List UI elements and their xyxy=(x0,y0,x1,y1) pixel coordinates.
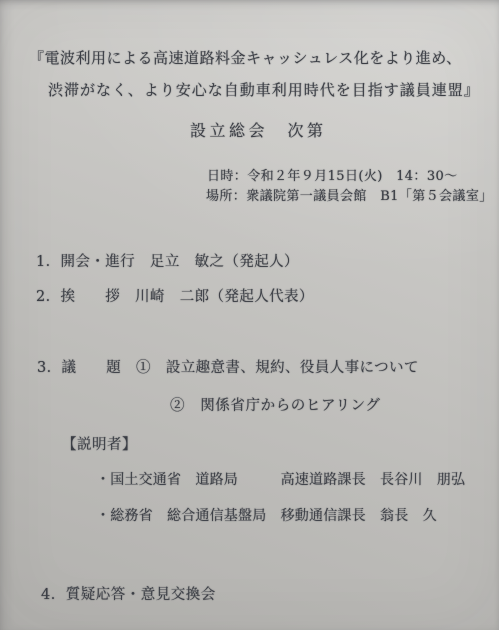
meeting-subtitle: 設立総会 次第 xyxy=(190,118,327,141)
title-line-1: 『電波利用による高速道路料金キャッシュレス化をより進め、 xyxy=(29,47,462,68)
explainer-item-2: ・総務省 総合通信基盤局 移動通信課長 翁長 久 xyxy=(96,505,437,525)
meeting-location: 場所：衆議院第一議員会館 B1「第５会議室」 xyxy=(206,185,493,204)
document-photo: 『電波利用による高速道路料金キャッシュレス化をより進め、 渋滞がなく、より安心な… xyxy=(0,0,499,630)
explainer-item-1: ・国土交通省 道路局 高速道路課長 長谷川 朋弘 xyxy=(96,469,465,489)
meeting-datetime: 日時：令和２年９月15日(火) 14：30～ xyxy=(207,165,458,184)
agenda-item-3: 3．議 題 ① 設立趣意書、規約、役員人事について xyxy=(37,356,419,377)
agenda-item-1: 1．開会・進行 足立 敏之（発起人） xyxy=(36,250,299,271)
agenda-item-3-sub-2: ② 関係省庁からのヒアリング xyxy=(170,394,381,415)
explainers-heading: 【説明者】 xyxy=(62,433,137,454)
agenda-item-2: 2．挨 拶 川崎 二郎（発起人代表） xyxy=(36,285,314,306)
title-line-2: 渋滞がなく、より安心な自動車利用時代を目指す議員連盟』 xyxy=(48,79,480,100)
agenda-item-4: 4．質疑応答・意見交換会 xyxy=(41,583,216,604)
